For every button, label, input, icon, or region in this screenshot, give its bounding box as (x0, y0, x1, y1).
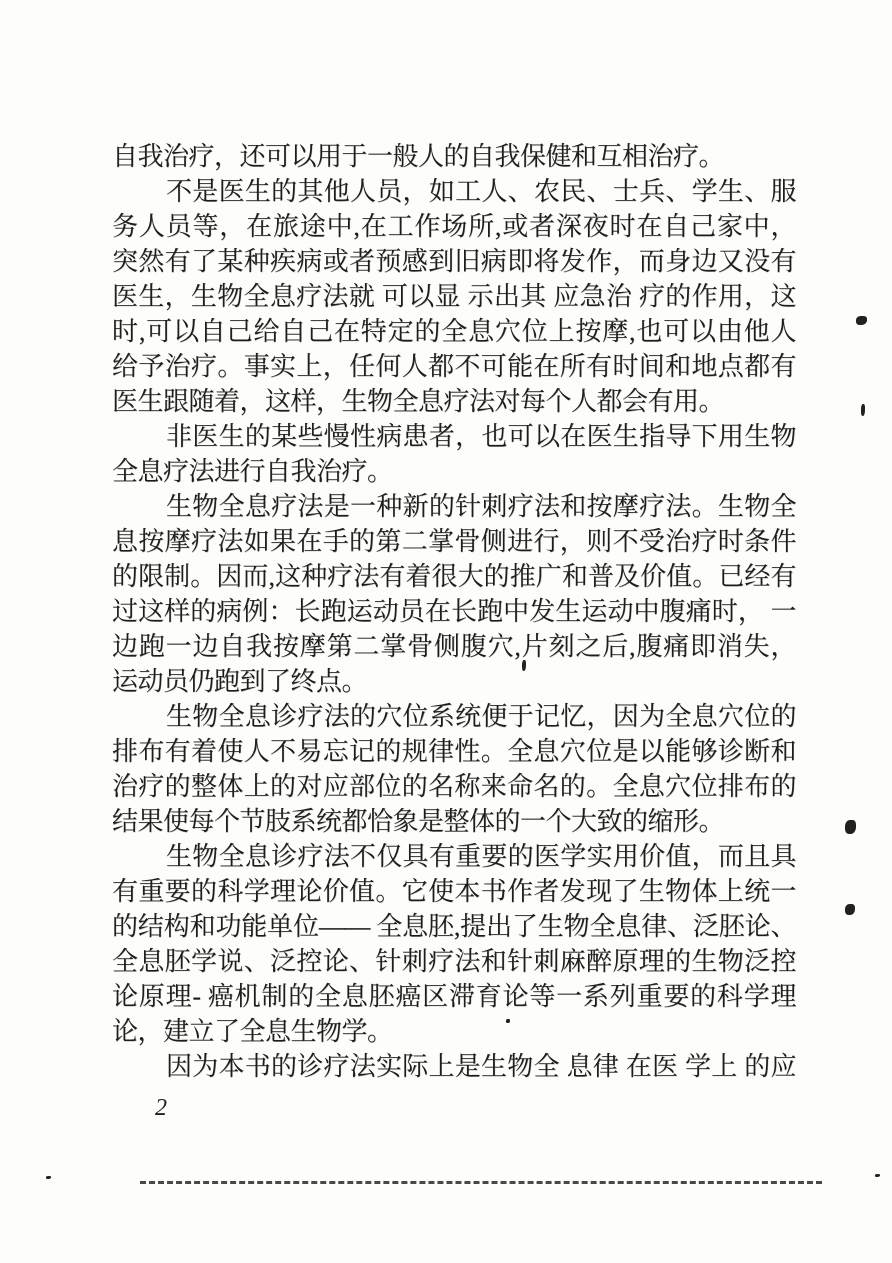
page-number: 2 (155, 1093, 167, 1123)
text-line: 不是医生的其他人员，如工人、农民、士兵、学生、服 (112, 174, 796, 209)
text-line: 医生，生物全息疗法就 可以显 示出其 应急治 疗的作用，这 (112, 279, 796, 314)
text-line: 务人员等，在旅途中,在工作场所,或者深夜时在自己家中， (112, 209, 796, 244)
ink-speck (46, 1176, 51, 1179)
scanned-book-page: 自我治疗，还可以用于一般人的自我保健和互相治疗。不是医生的其他人员，如工人、农民… (0, 0, 892, 1263)
text-line: 因为本书的诊疗法实际上是生物全 息律 在医 学上 的应 (112, 1049, 796, 1084)
page-text-block: 自我治疗，还可以用于一般人的自我保健和互相治疗。不是医生的其他人员，如工人、农民… (112, 139, 796, 1084)
ink-speck (506, 1019, 510, 1023)
text-line: 医生跟随着，这样，生物全息疗法对每个人都会有用。 (112, 384, 796, 419)
text-line: 的结构和功能单位—— 全息胚,提出了生物全息律、泛胚论、 (112, 909, 796, 944)
text-line: 时,可以自己给自己在特定的全息穴位上按摩,也可以由他人 (112, 314, 796, 349)
ink-speck (861, 404, 865, 416)
text-line: 自我治疗，还可以用于一般人的自我保健和互相治疗。 (112, 139, 796, 174)
ink-speck (856, 316, 867, 325)
text-line: 排布有着使人不易忘记的规律性。全息穴位是以能够诊断和 (112, 734, 796, 769)
text-line: 生物全息诊疗法不仅具有重要的医学实用价值，而且具 (112, 839, 796, 874)
text-line: 论，建立了全息生物学。 (112, 1014, 796, 1049)
text-line: 给予治疗。事实上，任何人都不可能在所有时间和地点都有 (112, 349, 796, 384)
text-line: 过这样的病例：长跑运动员在长跑中发生运动中腹痛时， 一 (112, 594, 796, 629)
text-line: 论原理- 癌机制的全息胚癌区滞育论等一系列重要的科学理 (112, 979, 796, 1014)
text-line: 有重要的科学理论价值。它使本书作者发现了生物体上统一 (112, 874, 796, 909)
text-line: 的限制。因而,这种疗法有着很大的推广和普及价值。已经有 (112, 559, 796, 594)
text-line: 全息疗法进行自我治疗。 (112, 454, 796, 489)
text-line: 突然有了某种疾病或者预感到旧病即将发作，而身边又没有 (112, 244, 796, 279)
text-line: 边跑一边自我按摩第二掌骨侧腹穴,片刻之后,腹痛即消失， (112, 629, 796, 664)
text-line: 结果使每个节肢系统都恰象是整体的一个大致的缩形。 (112, 804, 796, 839)
ink-speck (875, 1174, 880, 1177)
scan-artifact-dashed-line (140, 1181, 822, 1184)
text-line: 生物全息疗法是一种新的针刺疗法和按摩疗法。生物全 (112, 489, 796, 524)
text-line: 息按摩疗法如果在手的第二掌骨侧进行，则不受治疗时条件 (112, 524, 796, 559)
ink-speck (845, 820, 856, 834)
text-line: 全息胚学说、泛控论、针刺疗法和针刺麻醉原理的生物泛控 (112, 944, 796, 979)
text-line: 生物全息诊疗法的穴位系统便于记忆，因为全息穴位的 (112, 699, 796, 734)
ink-speck (522, 660, 526, 671)
text-line: 运动员仍跑到了终点。 (112, 664, 796, 699)
ink-speck (845, 904, 855, 915)
text-line: 治疗的整体上的对应部位的名称来命名的。全息穴位排布的 (112, 769, 796, 804)
text-line: 非医生的某些慢性病患者，也可以在医生指导下用生物 (112, 419, 796, 454)
